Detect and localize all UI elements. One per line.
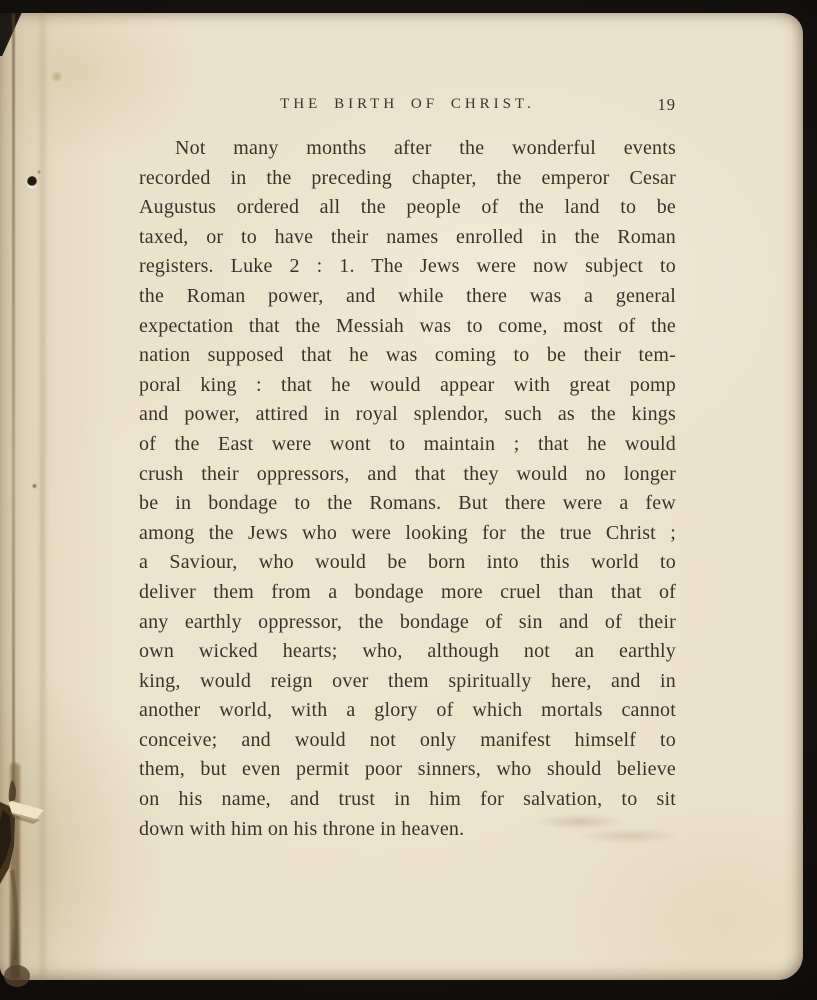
page-corner-chip (0, 12, 22, 56)
body-text: Not many months after the wonderful even… (139, 134, 676, 844)
wormhole (27, 176, 38, 189)
text-line: king, would reign over them spiritually … (139, 667, 676, 697)
book-page: THE BIRTH OF CHRIST. 19 Not many months … (0, 13, 803, 980)
text-line: another world, with a glory of which mor… (139, 696, 676, 726)
text-line: poral king : that he would appear with g… (139, 371, 676, 401)
page-number: 19 (658, 95, 677, 115)
text-line: Augustus ordered all the people of the l… (139, 193, 676, 223)
text-line: Not many months after the wonderful even… (139, 134, 676, 164)
text-line: among the Jews who were looking for the … (139, 519, 676, 549)
gutter-crease (12, 13, 15, 790)
text-line: nation supposed that he was coming to be… (139, 341, 676, 371)
text-line: of the East were wont to maintain ; that… (139, 430, 676, 460)
text-line: a Saviour, who would be born into this w… (139, 548, 676, 578)
text-line: on his name, and trust in him for salvat… (139, 785, 676, 815)
foxing-stain (50, 71, 64, 82)
text-line: be in bondage to the Romans. But there w… (139, 489, 676, 519)
text-line: the Roman power, and while there was a g… (139, 282, 676, 312)
paper-speck (32, 483, 37, 489)
text-line: down with him on his throne in heaven. (139, 815, 676, 845)
text-line: deliver them from a bondage more cruel t… (139, 578, 676, 608)
page-header: THE BIRTH OF CHRIST. 19 (139, 96, 676, 120)
text-line: recorded in the preceding chapter, the e… (139, 164, 676, 194)
torn-paper-edge (0, 760, 70, 990)
scan-backdrop: { "page": { "running_title": "THE BIRTH … (0, 0, 817, 1000)
text-line: own wicked hearts; who, although not an … (139, 637, 676, 667)
text-line: any earthly oppressor, the bondage of si… (139, 608, 676, 638)
text-line: crush their oppressors, and that they wo… (139, 460, 676, 490)
text-line: registers. Luke 2 : 1. The Jews were now… (139, 252, 676, 282)
text-line: taxed, or to have their names enrolled i… (139, 223, 676, 253)
text-line: and power, attired in royal splendor, su… (139, 400, 676, 430)
text-line: conceive; and would not only manifest hi… (139, 726, 676, 756)
paper-speck (37, 170, 41, 174)
text-line: expectation that the Messiah was to come… (139, 312, 676, 342)
text-line: them, but even permit poor sinners, who … (139, 755, 676, 785)
running-title: THE BIRTH OF CHRIST. (139, 96, 676, 113)
